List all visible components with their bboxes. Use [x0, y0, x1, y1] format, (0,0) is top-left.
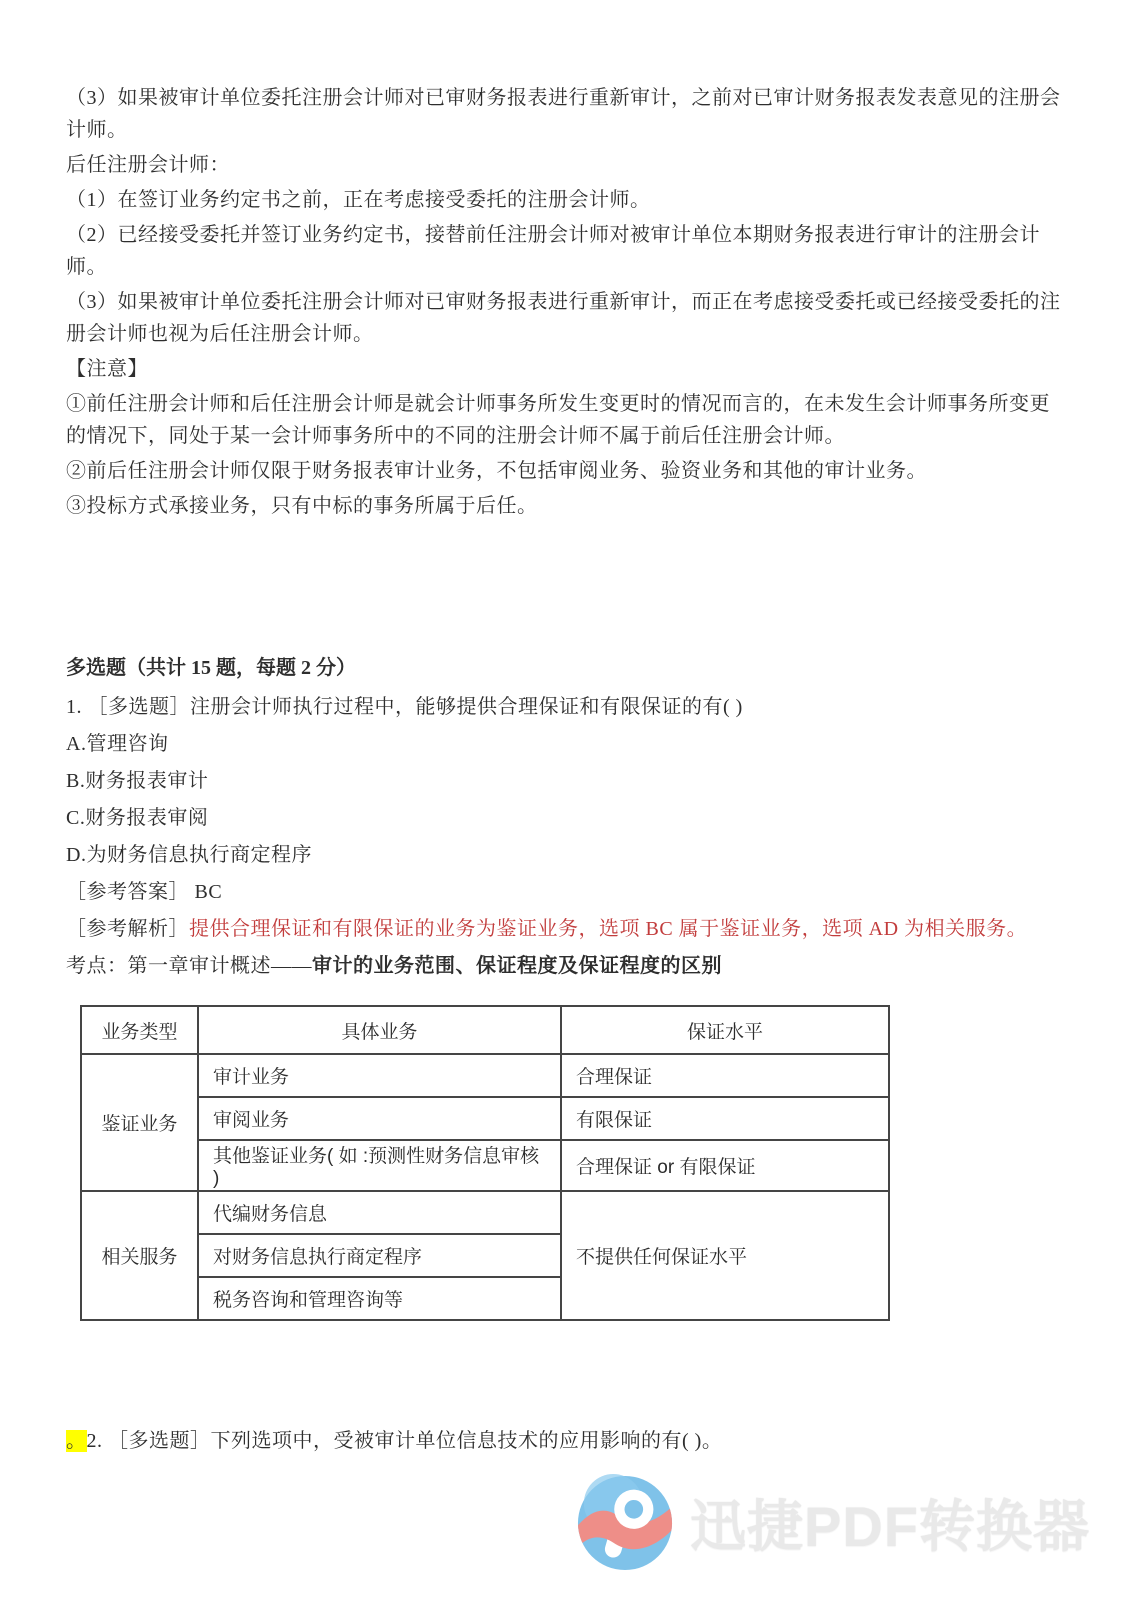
cell-other-assurance-business: 其他鉴证业务( 如 :预测性财务信息审核 ): [198, 1140, 561, 1191]
question1-option-c: C.财务报表审阅: [66, 807, 1070, 830]
notice-item-3: ③投标方式承接业务，只有中标的事务所属于后任。: [66, 490, 1070, 522]
pdf-converter-logo-icon: [576, 1474, 674, 1572]
intro-para-4: （2）已经接受委托并签订业务约定书，接替前任注册会计师对被审计单位本期财务报表进…: [66, 219, 1070, 283]
header-specific-business: 具体业务: [198, 1006, 561, 1054]
cell-agreed-procedures: 对财务信息执行商定程序: [198, 1234, 561, 1277]
question1-option-b: B.财务报表审计: [66, 770, 1070, 793]
table-row: 鉴证业务 审计业务 合理保证: [81, 1054, 889, 1097]
kaodian-prefix: 考点：第一章审计概述——: [66, 955, 312, 977]
cell-review-business: 审阅业务: [198, 1097, 561, 1140]
cell-no-assurance: 不提供任何保证水平: [561, 1191, 889, 1320]
intro-para-1: （3）如果被审计单位委托注册会计师对已审财务报表进行重新审计，之前对已审计财务报…: [66, 82, 1070, 146]
intro-para-3: （1）在签订业务约定书之前，正在考虑接受委托的注册会计师。: [66, 184, 1070, 216]
table-row: 审阅业务 有限保证: [81, 1097, 889, 1140]
intro-para-2: 后任注册会计师：: [66, 149, 1070, 181]
header-assurance-level: 保证水平: [561, 1006, 889, 1054]
question1-stem: 1. ［多选题］注册会计师执行过程中，能够提供合理保证和有限保证的有( ): [66, 696, 1070, 719]
analysis-label: ［参考解析］: [66, 918, 189, 940]
cell-group-related-services: 相关服务: [81, 1191, 198, 1320]
cell-reasonable-or-limited: 合理保证 or 有限保证: [561, 1140, 889, 1191]
cell-limited-assurance: 有限保证: [561, 1097, 889, 1140]
question2-text: 2. ［多选题］下列选项中，受被审计单位信息技术的应用影响的有( )。: [87, 1430, 723, 1452]
intro-para-5: （3）如果被审计单位委托注册会计师对已审财务报表进行重新审计，而正在考虑接受委托…: [66, 286, 1070, 350]
section-title: 多选题（共计 15 题，每题 2 分）: [66, 656, 1070, 680]
cell-group-assurance: 鉴证业务: [81, 1054, 198, 1191]
table-row: 其他鉴证业务( 如 :预测性财务信息审核 ) 合理保证 or 有限保证: [81, 1140, 889, 1191]
question1-option-d: D.为财务信息执行商定程序: [66, 844, 1070, 867]
cell-tax-management-consulting: 税务咨询和管理咨询等: [198, 1277, 561, 1320]
question1-answer: ［参考答案］ BC: [66, 881, 1070, 904]
multiple-choice-section: 多选题（共计 15 题，每题 2 分） 1. ［多选题］注册会计师执行过程中，能…: [66, 656, 1070, 992]
assurance-table: 业务类型 具体业务 保证水平 鉴证业务 审计业务 合理保证 审阅业务 有限保证 …: [80, 1005, 890, 1321]
document-page: （3）如果被审计单位委托注册会计师对已审财务报表进行重新审计，之前对已审计财务报…: [0, 0, 1131, 1600]
table-row: 相关服务 代编财务信息 不提供任何保证水平: [81, 1191, 889, 1234]
question1-option-a: A.管理咨询: [66, 733, 1070, 756]
question1-analysis: ［参考解析］提供合理保证和有限保证的业务为鉴证业务，选项 BC 属于鉴证业务，选…: [66, 918, 1070, 941]
watermark: 迅捷PDF转换器: [576, 1474, 1090, 1572]
table-header-row: 业务类型 具体业务 保证水平: [81, 1006, 889, 1054]
intro-text-block: （3）如果被审计单位委托注册会计师对已审财务报表进行重新审计，之前对已审计财务报…: [66, 82, 1070, 525]
question2-stem: 。2. ［多选题］下列选项中，受被审计单位信息技术的应用影响的有( )。: [66, 1428, 722, 1454]
header-business-type: 业务类型: [81, 1006, 198, 1054]
highlight-mark: 。: [66, 1430, 87, 1452]
notice-item-2: ②前后任注册会计师仅限于财务报表审计业务，不包括审阅业务、验资业务和其他的审计业…: [66, 455, 1070, 487]
cell-reasonable-assurance: 合理保证: [561, 1054, 889, 1097]
kaodian-topic: 审计的业务范围、保证程度及保证程度的区别: [312, 955, 722, 977]
notice-item-1: ①前任注册会计师和后任注册会计师是就会计师事务所发生变更时的情况而言的，在未发生…: [66, 388, 1070, 452]
question1-kaodian: 考点：第一章审计概述——审计的业务范围、保证程度及保证程度的区别: [66, 955, 1070, 978]
cell-compile-financial-info: 代编财务信息: [198, 1191, 561, 1234]
cell-audit-business: 审计业务: [198, 1054, 561, 1097]
brand-name: 迅捷PDF转换器: [690, 1483, 1090, 1563]
analysis-text: 提供合理保证和有限保证的业务为鉴证业务，选项 BC 属于鉴证业务，选项 AD 为…: [189, 918, 1027, 940]
notice-title: 【注意】: [66, 353, 1070, 385]
